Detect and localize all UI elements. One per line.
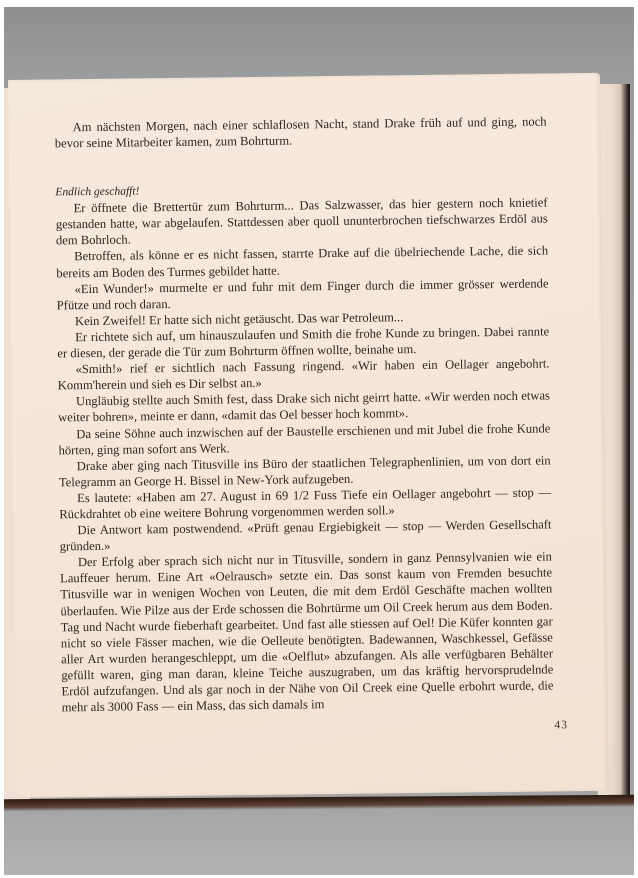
page-number: 43 — [554, 719, 568, 731]
book-page: Am nächsten Morgen, nach einer schlaflos… — [8, 73, 609, 798]
page-text: Am nächsten Morgen, nach einer schlaflos… — [54, 113, 553, 715]
paragraph: Er öffnete die Brettertür zum Bohrturm..… — [55, 195, 548, 249]
paragraph: Der Erfolg aber sprach sich nicht nur in… — [60, 549, 554, 716]
